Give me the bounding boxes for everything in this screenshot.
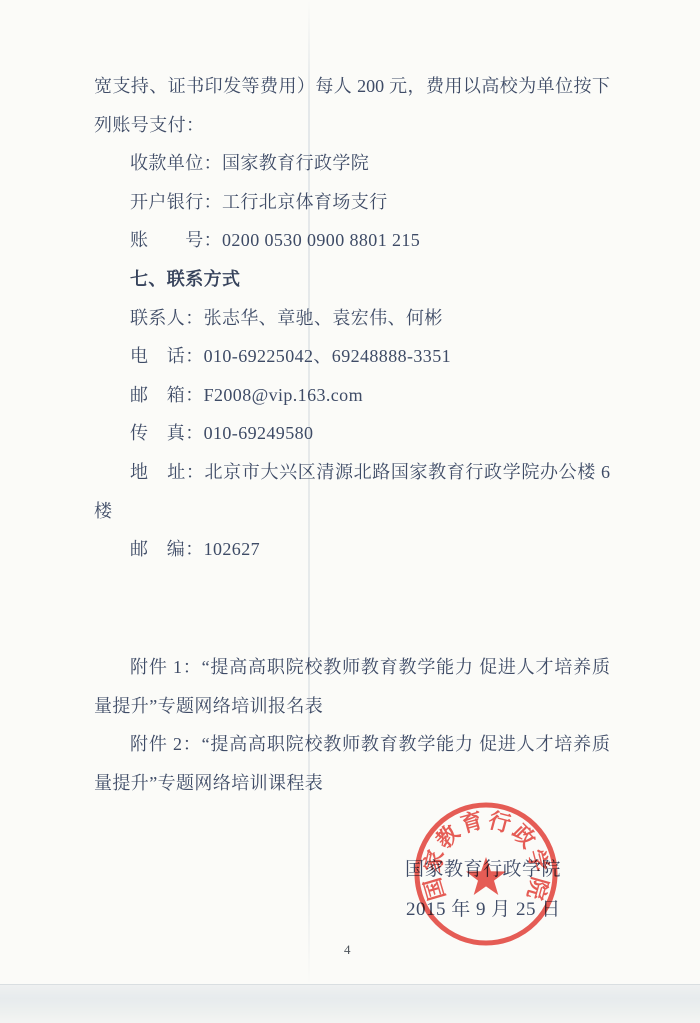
page-number: 4 <box>344 942 351 958</box>
attachment-2-line-2: 量提升”专题网络培训课程表 <box>94 764 610 803</box>
fee-line-1: 宽支持、证书印发等费用）每人 200 元，费用以高校为单位按下 <box>94 67 610 106</box>
scan-bottom-edge <box>0 984 700 1023</box>
attachments-block: 附件 1：“提高高职院校教师教育教学能力 促进人才培养质 量提升”专题网络培训报… <box>94 648 610 802</box>
address-line-1: 地 址：北京市大兴区清源北路国家教育行政学院办公楼 6 <box>94 453 610 492</box>
address-line-2: 楼 <box>94 492 610 531</box>
bank-line: 开户银行：工行北京体育场支行 <box>94 183 610 222</box>
body-text-block: 宽支持、证书印发等费用）每人 200 元，费用以高校为单位按下 列账号支付： 收… <box>94 67 610 569</box>
signature-date: 2015 年 9 月 25 日 <box>406 894 561 921</box>
account-number-line: 账 号：0200 0530 0900 8801 215 <box>94 221 610 260</box>
phone-line: 电 话：010-69225042、69248888-3351 <box>94 337 610 376</box>
attachment-2-line-1: 附件 2：“提高高职院校教师教育教学能力 促进人才培养质 <box>94 725 610 764</box>
postcode-line: 邮 编：102627 <box>94 530 610 569</box>
email-line: 邮 箱：F2008@vip.163.com <box>94 376 610 415</box>
document-page: 宽支持、证书印发等费用）每人 200 元，费用以高校为单位按下 列账号支付： 收… <box>0 0 700 1023</box>
fee-line-2: 列账号支付： <box>94 106 610 145</box>
signature-organization: 国家教育行政学院 <box>405 854 561 881</box>
fax-line: 传 真：010-69249580 <box>94 414 610 453</box>
attachment-1-line-1: 附件 1：“提高高职院校教师教育教学能力 促进人才培养质 <box>94 648 610 687</box>
attachment-1-line-2: 量提升”专题网络培训报名表 <box>94 687 610 726</box>
contact-persons-line: 联系人：张志华、章驰、袁宏伟、何彬 <box>94 299 610 338</box>
payee-line: 收款单位：国家教育行政学院 <box>94 144 610 183</box>
contact-section-heading: 七、联系方式 <box>94 260 610 299</box>
